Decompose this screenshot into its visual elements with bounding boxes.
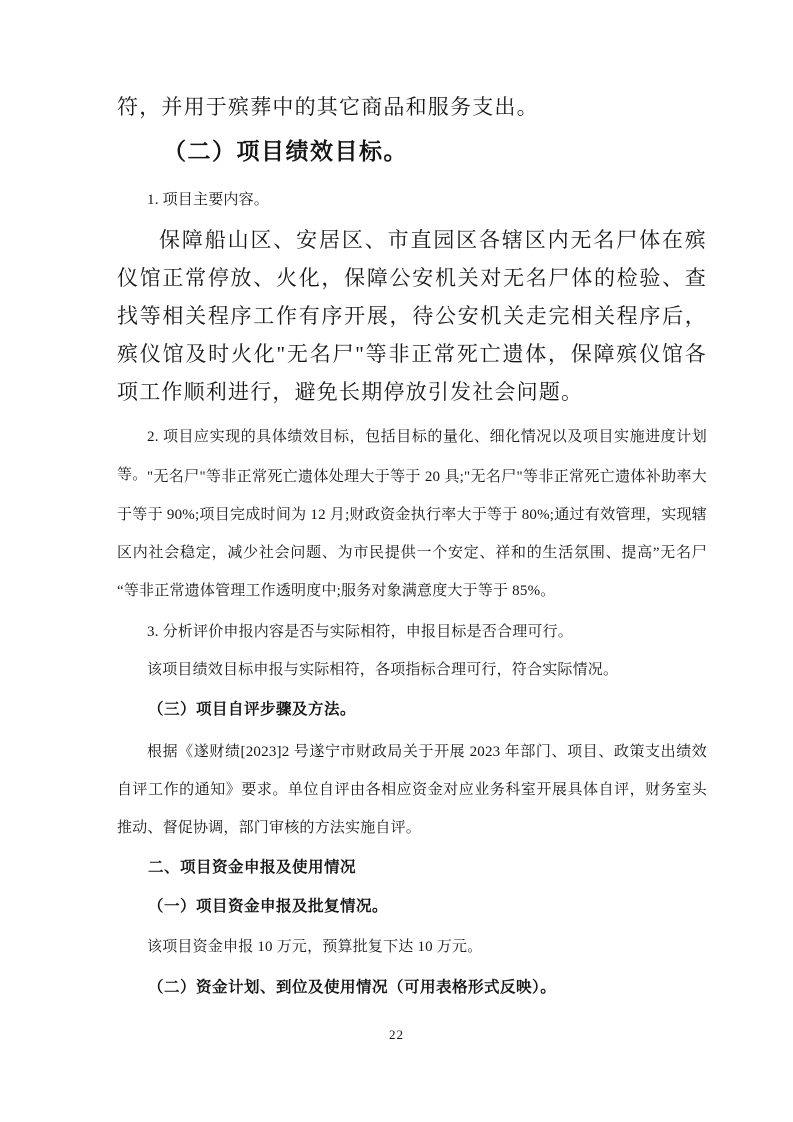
funds-paragraph: 该项目资金申报 10 万元，预算批复下达 10 万元。 (117, 928, 707, 966)
chapter-heading-fund-application-usage: 二、项目资金申报及使用情况 (117, 849, 707, 887)
document-page: 符，并用于殡葬中的其它商品和服务支出。 （二）项目绩效目标。 1. 项目主要内容… (0, 0, 793, 1122)
method-paragraph: 根据《遂财绩[2023]2 号遂宁市财政局关于开展 2023 年部门、项目、政策… (117, 733, 707, 847)
analysis-paragraph: 该项目绩效目标申报与实际相符，各项指标合理可行，符合实际情况。 (117, 651, 707, 689)
performance-targets-paragraph: "无名尸"等非正常死亡遗体处理大于等于 20 具;"无名尸"等非正常死亡遗体补助… (117, 458, 707, 610)
section-heading-project-performance-targets: （二）项目绩效目标。 (117, 131, 707, 173)
sub-heading-fund-plan-usage: （二）资金计划、到位及使用情况（可用表格形式反映）。 (117, 969, 707, 1007)
numbered-item-3: 3. 分析评价申报内容是否与实际相符，申报目标是否合理可行。 (117, 613, 707, 651)
numbered-item-1: 1. 项目主要内容。 (117, 181, 707, 219)
section-heading-self-evaluation-method: （三）项目自评步骤及方法。 (117, 691, 707, 729)
sub-heading-fund-application-approval: （一）项目资金申报及批复情况。 (117, 888, 707, 926)
continuation-paragraph: 符，并用于殡葬中的其它商品和服务支出。 (117, 88, 707, 126)
page-number: 22 (0, 1026, 793, 1044)
main-content-paragraph: 保障船山区、安居区、市直园区各辖区内无名尸体在殡仪馆正常停放、火化，保障公安机关… (117, 221, 707, 411)
